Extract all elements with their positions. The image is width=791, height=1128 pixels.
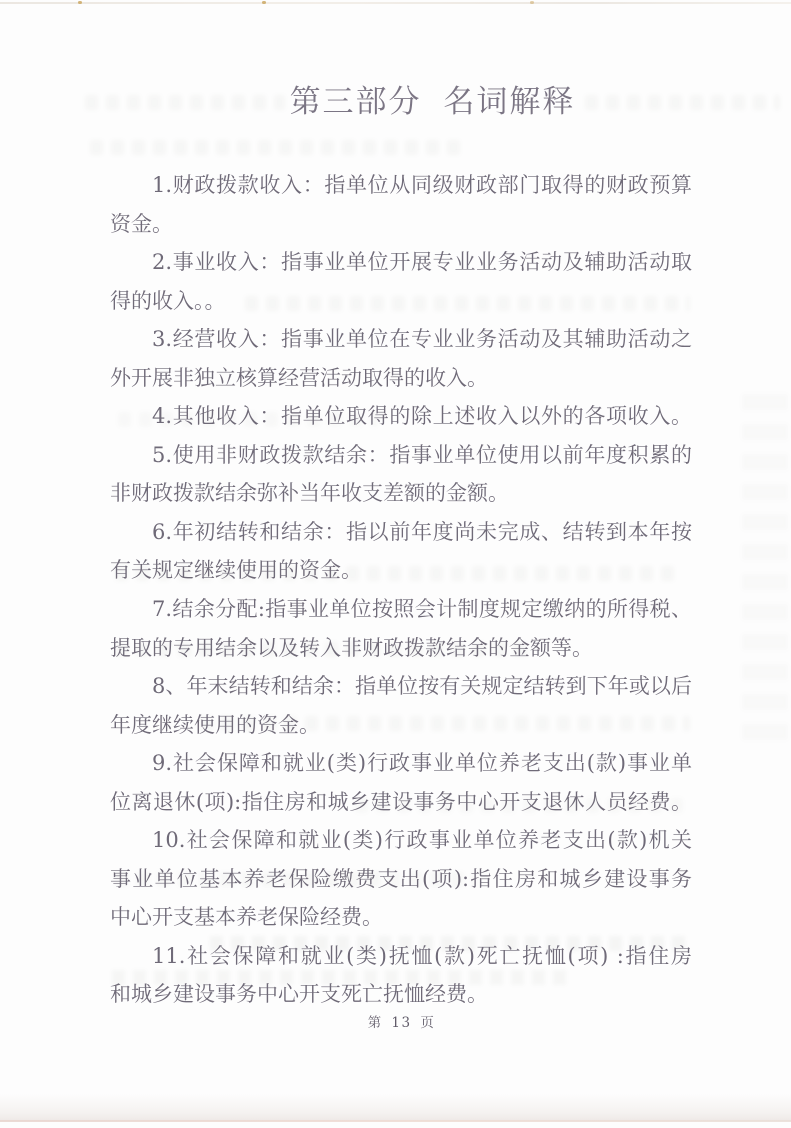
scanned-document-page: 第三部分 名词解释 1.财政拨款收入：指单位从同级财政部门取得的财政预算资金。2… xyxy=(0,0,791,1128)
text-line: 1.财政拨款收入：指单位从同级财政部门取得的财政预算 xyxy=(110,166,692,205)
paragraph: 10.社会保障和就业(类)行政事业单位养老支出(款)机关事业单位基本养老保险缴费… xyxy=(110,821,692,937)
scan-bottom-edge xyxy=(0,1120,791,1122)
page-number: 第 13 页 xyxy=(6,1013,791,1033)
bleedthrough-smudge xyxy=(90,140,460,155)
paragraph: 1.财政拨款收入：指单位从同级财政部门取得的财政预算资金。 xyxy=(110,166,692,243)
section-title: 第三部分 名词解释 xyxy=(37,82,791,122)
scan-speck xyxy=(530,1,534,4)
scan-speck xyxy=(262,1,266,4)
scan-top-edge xyxy=(0,2,791,4)
text-line: 4.其他收入：指单位取得的除上述收入以外的各项收入。 xyxy=(110,397,692,436)
text-line: 10.社会保障和就业(类)行政事业单位养老支出(款)机关 xyxy=(110,821,692,860)
text-line: 3.经营收入：指事业单位在专业业务活动及其辅助活动之 xyxy=(110,320,692,359)
paragraph: 7.结余分配:指事业单位按照会计制度规定缴纳的所得税、提取的专用结余以及转入非财… xyxy=(110,590,692,667)
paragraph: 4.其他收入：指单位取得的除上述收入以外的各项收入。 xyxy=(110,397,692,436)
paragraph: 9.社会保障和就业(类)行政事业单位养老支出(款)事业单位离退休(项):指住房和… xyxy=(110,744,692,821)
text-line: 中心开支基本养老保险经费。 xyxy=(110,898,692,937)
glossary-paragraphs: 1.财政拨款收入：指单位从同级财政部门取得的财政预算资金。2.事业收入：指事业单… xyxy=(110,166,692,1014)
scan-speck xyxy=(78,1,82,4)
text-line: 2.事业收入：指事业单位开展专业业务活动及辅助活动取 xyxy=(110,243,692,282)
text-line: 非财政拨款结余弥补当年收支差额的金额。 xyxy=(110,474,692,513)
paragraph: 5.使用非财政拨款结余：指事业单位使用以前年度积累的非财政拨款结余弥补当年收支差… xyxy=(110,436,692,513)
paragraph: 3.经营收入：指事业单位在专业业务活动及其辅助活动之外开展非独立核算经营活动取得… xyxy=(110,320,692,397)
paragraph: 11.社会保障和就业(类)抚恤(款)死亡抚恤(项) :指住房和城乡建设事务中心开… xyxy=(110,937,692,1014)
text-line: 5.使用非财政拨款结余：指事业单位使用以前年度积累的 xyxy=(110,436,692,475)
text-line: 外开展非独立核算经营活动取得的收入。 xyxy=(110,359,692,398)
text-line: 年度继续使用的资金。 xyxy=(110,706,692,745)
text-line: 6.年初结转和结余：指以前年度尚未完成、结转到本年按 xyxy=(110,513,692,552)
text-line: 位离退休(项):指住房和城乡建设事务中心开支退休人员经费。 xyxy=(110,783,692,822)
text-line: 和城乡建设事务中心开支死亡抚恤经费。 xyxy=(110,975,692,1014)
paragraph: 8、年末结转和结余：指单位按有关规定结转到下年或以后年度继续使用的资金。 xyxy=(110,667,692,744)
text-line: 8、年末结转和结余：指单位按有关规定结转到下年或以后 xyxy=(110,667,692,706)
paragraph: 2.事业收入：指事业单位开展专业业务活动及辅助活动取得的收入。。 xyxy=(110,243,692,320)
text-line: 事业单位基本养老保险缴费支出(项):指住房和城乡建设事务 xyxy=(110,860,692,899)
text-line: 得的收入。。 xyxy=(110,282,692,321)
text-line: 11.社会保障和就业(类)抚恤(款)死亡抚恤(项) :指住房 xyxy=(110,937,692,976)
text-line: 资金。 xyxy=(110,205,692,244)
text-line: 提取的专用结余以及转入非财政拨款结余的金额等。 xyxy=(110,629,692,668)
text-line: 9.社会保障和就业(类)行政事业单位养老支出(款)事业单 xyxy=(110,744,692,783)
text-line: 7.结余分配:指事业单位按照会计制度规定缴纳的所得税、 xyxy=(110,590,692,629)
scan-bottom-shadow xyxy=(0,1094,791,1121)
paragraph: 6.年初结转和结余：指以前年度尚未完成、结转到本年按有关规定继续使用的资金。 xyxy=(110,513,692,590)
text-line: 有关规定继续使用的资金。 xyxy=(110,551,692,590)
bleedthrough-smudge xyxy=(742,388,788,740)
